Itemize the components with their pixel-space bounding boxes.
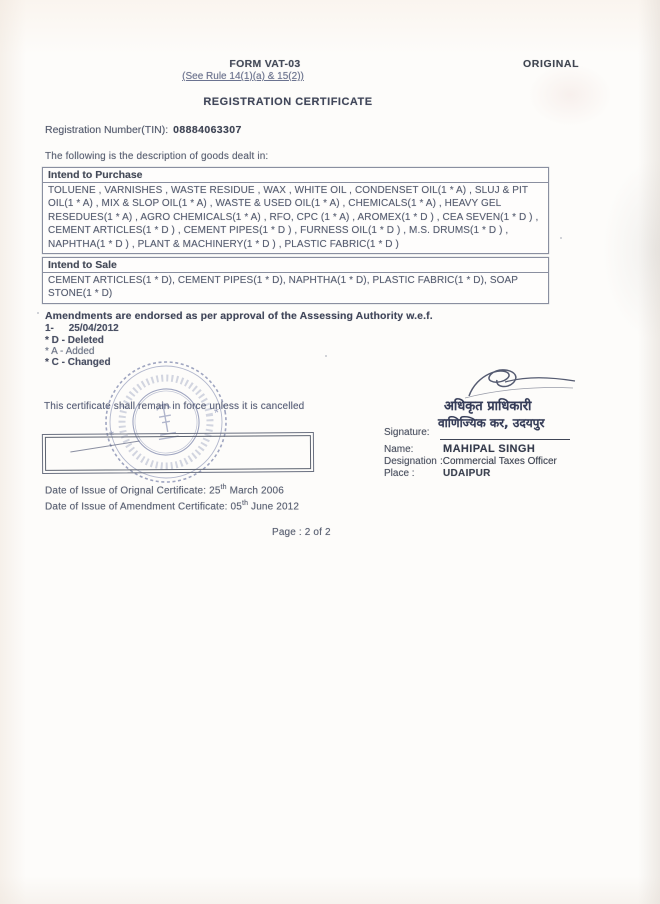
intend-to-sale-box: Intend to Sale CEMENT ARTICLES(1 * D), C… xyxy=(42,257,549,304)
goods-description-intro: The following is the description of good… xyxy=(45,151,268,162)
intend-to-sale-title: Intend to Sale xyxy=(43,258,548,273)
registration-number-value: 08884063307 xyxy=(173,124,242,136)
signature-underline xyxy=(440,439,570,440)
name-value: MAHIPAL SINGH xyxy=(443,443,535,455)
intend-to-sale-items: CEMENT ARTICLES(1 * D), CEMENT PIPES(1 *… xyxy=(43,273,548,303)
amendment-date-rest: June 2012 xyxy=(248,501,299,512)
intend-to-purchase-box: Intend to Purchase TOLUENE , VARNISHES ,… xyxy=(42,167,549,254)
scan-speck xyxy=(325,355,327,357)
copy-label-original: ORIGINAL xyxy=(523,58,579,70)
form-title: FORM VAT-03 xyxy=(165,58,365,70)
rule-reference: (See Rule 14(1)(a) & 15(2)) xyxy=(143,71,343,82)
scanned-certificate-page: FORM VAT-03 (See Rule 14(1)(a) & 15(2)) … xyxy=(0,0,660,904)
intend-to-purchase-items: TOLUENE , VARNISHES , WASTE RESIDUE , WA… xyxy=(43,183,548,253)
amendment-entry-number: 1- xyxy=(45,323,54,334)
place-label: Place : xyxy=(384,468,415,479)
empty-endorsement-box xyxy=(45,435,311,471)
amendment-date-text: Date of Issue of Amendment Certificate: … xyxy=(45,501,242,512)
certificate-title: REGISTRATION CERTIFICATE xyxy=(188,96,388,108)
stamp-text-authorized-officer: अधिकृत प्राधिकारी xyxy=(444,396,531,414)
amendment-entry-date: 25/04/2012 xyxy=(69,323,119,334)
registration-number-label: Registration Number(TIN): xyxy=(45,124,168,136)
registration-number-line: Registration Number(TIN):08884063307 xyxy=(45,124,242,136)
amendment-certificate-date: Date of Issue of Amendment Certificate: … xyxy=(45,500,299,512)
original-date-rest: March 2006 xyxy=(227,485,284,496)
round-office-stamp: * * xyxy=(90,346,243,499)
original-certificate-date: Date of Issue of Orignal Certificate: 25… xyxy=(45,484,284,496)
intend-to-purchase-title: Intend to Purchase xyxy=(43,168,548,183)
round-stamp-graphic: * * xyxy=(90,346,243,499)
place-value: UDAIPUR xyxy=(443,468,491,479)
name-label: Name: xyxy=(384,444,413,455)
scan-speck xyxy=(37,312,39,314)
page-number: Page : 2 of 2 xyxy=(272,527,331,538)
scan-speck xyxy=(560,237,562,239)
signature-label: Signature: xyxy=(384,427,430,438)
legend-added: * A - Added xyxy=(45,346,95,357)
amendment-entry: 1- 25/04/2012 xyxy=(45,323,119,334)
original-date-text: Date of Issue of Orignal Certificate: 25 xyxy=(45,485,221,496)
legend-deleted: * D - Deleted xyxy=(45,335,104,346)
amendments-heading: Amendments are endorsed as per approval … xyxy=(45,310,433,322)
designation-label: Designation xyxy=(384,456,437,467)
validity-note: This certificate shall remain in force u… xyxy=(44,401,304,412)
stamp-text-commercial-tax-udaipur: वाणिज्यिक कर, उदयपुर xyxy=(438,414,544,431)
designation-value: :Commercial Taxes Officer xyxy=(440,456,557,467)
